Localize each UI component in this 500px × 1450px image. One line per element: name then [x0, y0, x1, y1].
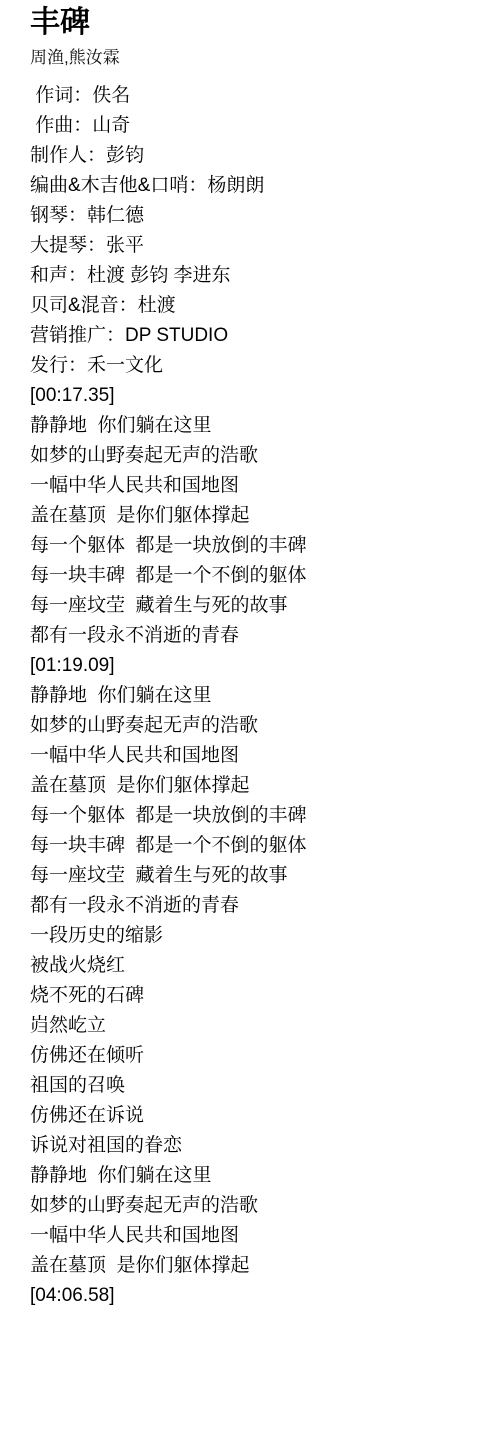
lyric-line: 祖国的召唤: [30, 1071, 480, 1101]
lyric-line: 每一块丰碑 都是一个不倒的躯体: [30, 561, 480, 591]
lyric-line: 静静地 你们躺在这里: [30, 1161, 480, 1191]
lyric-line: 每一座坟茔 藏着生与死的故事: [30, 591, 480, 621]
lyric-line: 一幅中华人民共和国地图: [30, 1221, 480, 1251]
lyric-line: 每一个躯体 都是一块放倒的丰碑: [30, 801, 480, 831]
lyric-line: 贝司&混音：杜渡: [30, 291, 480, 321]
lyric-line: 每一块丰碑 都是一个不倒的躯体: [30, 831, 480, 861]
lyric-line: 和声：杜渡 彭钧 李进东: [30, 261, 480, 291]
lyric-line: 静静地 你们躺在这里: [30, 681, 480, 711]
lyric-line: 一幅中华人民共和国地图: [30, 471, 480, 501]
lyric-line: 编曲&木吉他&口哨：杨朗朗: [30, 171, 480, 201]
lyric-line: 营销推广：DP STUDIO: [30, 321, 480, 351]
lyric-line: 一幅中华人民共和国地图: [30, 741, 480, 771]
lyric-line: 每一座坟茔 藏着生与死的故事: [30, 861, 480, 891]
lyric-line: 发行：禾一文化: [30, 351, 480, 381]
lyric-line: 作词：佚名: [30, 81, 480, 111]
lyric-line: 诉说对祖国的眷恋: [30, 1131, 480, 1161]
lyric-line: 盖在墓顶 是你们躯体撑起: [30, 501, 480, 531]
lyric-line: [04:06.58]: [30, 1281, 480, 1311]
lyric-line: 静静地 你们躺在这里: [30, 411, 480, 441]
lyric-line: 作曲：山奇: [30, 111, 480, 141]
lyric-line: 被战火烧红: [30, 951, 480, 981]
lyric-line: [00:17.35]: [30, 381, 480, 411]
lyric-line: 盖在墓顶 是你们躯体撑起: [30, 1251, 480, 1281]
lyrics-page: 丰碑 周渔,熊汝霖 作词：佚名 作曲：山奇制作人：彭钧编曲&木吉他&口哨：杨朗朗…: [0, 0, 500, 1450]
lyric-line: 如梦的山野奏起无声的浩歌: [30, 711, 480, 741]
lyric-line: 都有一段永不消逝的青春: [30, 891, 480, 921]
lyric-line: 制作人：彭钧: [30, 141, 480, 171]
song-title: 丰碑: [30, 8, 480, 38]
lyric-line: 岿然屹立: [30, 1011, 480, 1041]
lyric-line: 都有一段永不消逝的青春: [30, 621, 480, 651]
lyric-line: 如梦的山野奏起无声的浩歌: [30, 441, 480, 471]
lyric-line: 大提琴：张平: [30, 231, 480, 261]
lyric-line: 如梦的山野奏起无声的浩歌: [30, 1191, 480, 1221]
lyrics-body: 作词：佚名 作曲：山奇制作人：彭钧编曲&木吉他&口哨：杨朗朗钢琴：韩仁德大提琴：…: [30, 81, 480, 1311]
lyric-line: 一段历史的缩影: [30, 921, 480, 951]
lyric-line: [01:19.09]: [30, 651, 480, 681]
lyric-line: 每一个躯体 都是一块放倒的丰碑: [30, 531, 480, 561]
lyric-line: 烧不死的石碑: [30, 981, 480, 1011]
lyric-line: 仿佛还在诉说: [30, 1101, 480, 1131]
lyric-line: 钢琴：韩仁德: [30, 201, 480, 231]
lyric-line: 仿佛还在倾听: [30, 1041, 480, 1071]
artist-names: 周渔,熊汝霖: [30, 47, 480, 68]
lyric-line: 盖在墓顶 是你们躯体撑起: [30, 771, 480, 801]
